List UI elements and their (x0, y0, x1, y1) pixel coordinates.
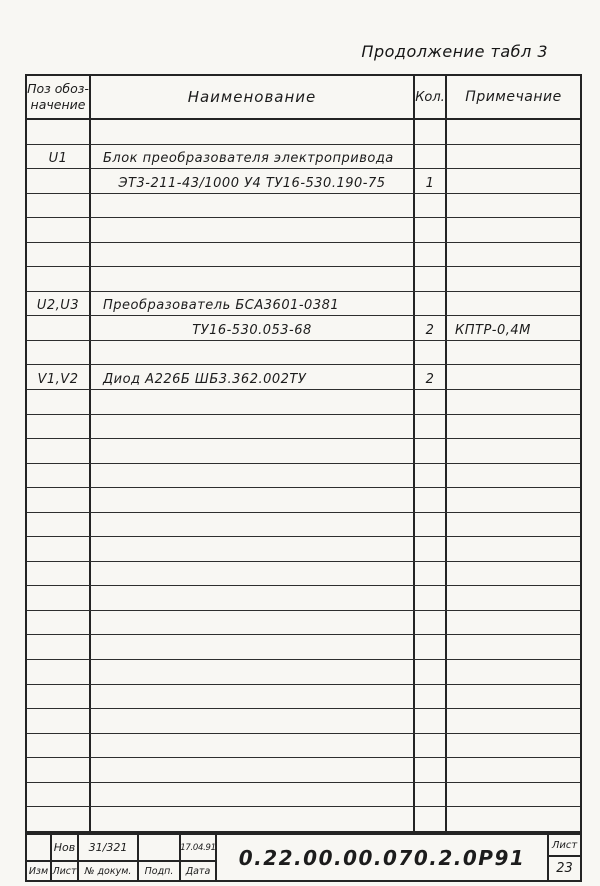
podp-label: Подп. (139, 862, 179, 880)
name-cell: ЭТ3-211-43/1000 У4 ТУ16-530.190-75 (91, 169, 415, 193)
note-cell: КПТР-0,4М (447, 316, 580, 340)
note-cell (447, 439, 580, 463)
name-cell (91, 513, 415, 537)
table-body: U1 Блок преобразователя электропривода Э… (27, 120, 580, 831)
table-row (27, 783, 580, 808)
pos-cell (27, 635, 91, 659)
table-row (27, 194, 580, 219)
name-cell (91, 488, 415, 512)
pos-cell (27, 807, 91, 831)
qty-cell (415, 783, 447, 807)
document-number: 0.22.00.00.070.2.0Р91 (217, 835, 549, 880)
izm-column: Изм (27, 835, 52, 880)
note-cell (447, 635, 580, 659)
name-cell (91, 464, 415, 488)
qty-cell (415, 267, 447, 291)
name-cell (91, 439, 415, 463)
docnum-label: № докум. (79, 862, 137, 880)
qty-cell (415, 709, 447, 733)
pos-cell: U1 (27, 145, 91, 169)
qty-cell (415, 562, 447, 586)
qty-cell (415, 145, 447, 169)
qty-cell (415, 341, 447, 365)
note-cell (447, 734, 580, 758)
sheet-number: 23 (549, 857, 580, 880)
table-row (27, 243, 580, 268)
spec-table: Поз обоз- начение Наименование Кол. Прим… (25, 74, 582, 833)
pos-cell: U2,U3 (27, 292, 91, 316)
list-value: Нов (52, 835, 77, 862)
qty-cell (415, 758, 447, 782)
name-cell: Блок преобразователя электропривода (91, 145, 415, 169)
note-cell (447, 415, 580, 439)
qty-cell (415, 513, 447, 537)
name-cell (91, 660, 415, 684)
pos-cell (27, 660, 91, 684)
pos-cell (27, 758, 91, 782)
date-value: 17.04.91 (181, 835, 215, 862)
note-cell (447, 783, 580, 807)
podp-value (139, 835, 179, 862)
table-row (27, 464, 580, 489)
name-cell (91, 758, 415, 782)
pos-cell (27, 218, 91, 242)
pos-cell (27, 488, 91, 512)
pos-cell: V1,V2 (27, 365, 91, 389)
table-row: V1,V2 Диод А226Б ШБ3.362.002ТУ 2 (27, 365, 580, 390)
table-row (27, 267, 580, 292)
table-row (27, 758, 580, 783)
table-row (27, 537, 580, 562)
note-cell (447, 464, 580, 488)
qty-cell: 2 (415, 316, 447, 340)
list-label: Лист (52, 862, 77, 880)
table-row (27, 586, 580, 611)
header-pos: Поз обоз- начение (27, 76, 91, 118)
qty-cell: 1 (415, 169, 447, 193)
pos-cell (27, 390, 91, 414)
table-row (27, 734, 580, 759)
table-row (27, 488, 580, 513)
header-name: Наименование (91, 76, 415, 118)
note-cell (447, 243, 580, 267)
izm-label: Изм (27, 862, 50, 880)
name-cell (91, 243, 415, 267)
note-cell (447, 194, 580, 218)
docnum-value: 31/321 (79, 835, 137, 862)
name-cell (91, 218, 415, 242)
table-row (27, 120, 580, 145)
name-cell (91, 120, 415, 144)
table-row (27, 415, 580, 440)
izm-value (27, 835, 50, 862)
note-cell (447, 660, 580, 684)
note-cell (447, 685, 580, 709)
pos-cell (27, 513, 91, 537)
header-qty: Кол. (415, 76, 447, 118)
qty-cell (415, 537, 447, 561)
name-cell (91, 807, 415, 831)
header-pos-line2: начение (31, 97, 86, 113)
note-cell (447, 758, 580, 782)
note-cell (447, 562, 580, 586)
pos-cell (27, 464, 91, 488)
note-cell (447, 537, 580, 561)
continuation-caption: Продолжение табл 3 (361, 42, 548, 61)
qty-cell (415, 586, 447, 610)
table-row (27, 709, 580, 734)
note-cell (447, 120, 580, 144)
note-cell (447, 709, 580, 733)
note-cell (447, 586, 580, 610)
qty-cell (415, 439, 447, 463)
name-cell (91, 194, 415, 218)
pos-cell (27, 562, 91, 586)
table-row: U2,U3 Преобразователь БСА3601-0381 (27, 292, 580, 317)
table-row: ЭТ3-211-43/1000 У4 ТУ16-530.190-75 1 (27, 169, 580, 194)
qty-cell (415, 120, 447, 144)
pos-cell (27, 194, 91, 218)
note-cell (447, 611, 580, 635)
qty-cell (415, 218, 447, 242)
sheet-cell: Лист 23 (549, 835, 580, 880)
pos-cell (27, 267, 91, 291)
table-row (27, 390, 580, 415)
pos-cell (27, 611, 91, 635)
qty-cell (415, 390, 447, 414)
name-cell (91, 685, 415, 709)
pos-cell (27, 415, 91, 439)
note-cell (447, 365, 580, 389)
name-cell (91, 341, 415, 365)
name-cell (91, 709, 415, 733)
name-cell (91, 415, 415, 439)
list-column: Нов Лист (52, 835, 79, 880)
header-note: Примечание (447, 76, 580, 118)
name-cell (91, 783, 415, 807)
qty-cell (415, 243, 447, 267)
name-cell (91, 586, 415, 610)
name-cell (91, 267, 415, 291)
pos-cell (27, 709, 91, 733)
table-row (27, 660, 580, 685)
table-row: ТУ16-530.053-68 2 КПТР-0,4М (27, 316, 580, 341)
name-cell (91, 562, 415, 586)
name-cell (91, 390, 415, 414)
name-cell (91, 611, 415, 635)
pos-cell (27, 341, 91, 365)
qty-cell: 2 (415, 365, 447, 389)
table-row (27, 685, 580, 710)
table-row (27, 513, 580, 538)
table-row (27, 562, 580, 587)
name-cell (91, 537, 415, 561)
qty-cell (415, 685, 447, 709)
note-cell (447, 292, 580, 316)
pos-cell (27, 586, 91, 610)
name-cell: ТУ16-530.053-68 (91, 316, 415, 340)
table-row (27, 341, 580, 366)
qty-cell (415, 292, 447, 316)
table-header: Поз обоз- начение Наименование Кол. Прим… (27, 76, 580, 120)
qty-cell (415, 464, 447, 488)
note-cell (447, 218, 580, 242)
qty-cell (415, 488, 447, 512)
qty-cell (415, 635, 447, 659)
pos-cell (27, 537, 91, 561)
table-row (27, 439, 580, 464)
pos-cell (27, 169, 91, 193)
qty-cell (415, 660, 447, 684)
table-row (27, 635, 580, 660)
qty-cell (415, 415, 447, 439)
note-cell (447, 807, 580, 831)
docnum-column: 31/321 № докум. (79, 835, 139, 880)
qty-cell (415, 611, 447, 635)
pos-cell (27, 783, 91, 807)
note-cell (447, 513, 580, 537)
note-cell (447, 169, 580, 193)
pos-cell (27, 734, 91, 758)
pos-cell (27, 316, 91, 340)
pos-cell (27, 685, 91, 709)
name-cell: Преобразователь БСА3601-0381 (91, 292, 415, 316)
note-cell (447, 267, 580, 291)
table-row (27, 218, 580, 243)
name-cell (91, 734, 415, 758)
pos-cell (27, 439, 91, 463)
title-block: Изм Нов Лист 31/321 № докум. Подп. 17.04… (25, 833, 582, 882)
qty-cell (415, 734, 447, 758)
qty-cell (415, 194, 447, 218)
note-cell (447, 145, 580, 169)
pos-cell (27, 243, 91, 267)
date-label: Дата (181, 862, 215, 880)
pos-cell (27, 120, 91, 144)
table-row (27, 611, 580, 636)
name-cell: Диод А226Б ШБ3.362.002ТУ (91, 365, 415, 389)
qty-cell (415, 807, 447, 831)
header-pos-line1: Поз обоз- (27, 81, 89, 97)
sheet-label: Лист (549, 835, 580, 857)
table-row: U1 Блок преобразователя электропривода (27, 145, 580, 170)
name-cell (91, 635, 415, 659)
note-cell (447, 341, 580, 365)
date-column: 17.04.91 Дата (181, 835, 217, 880)
podp-column: Подп. (139, 835, 181, 880)
table-row (27, 807, 580, 831)
note-cell (447, 390, 580, 414)
note-cell (447, 488, 580, 512)
